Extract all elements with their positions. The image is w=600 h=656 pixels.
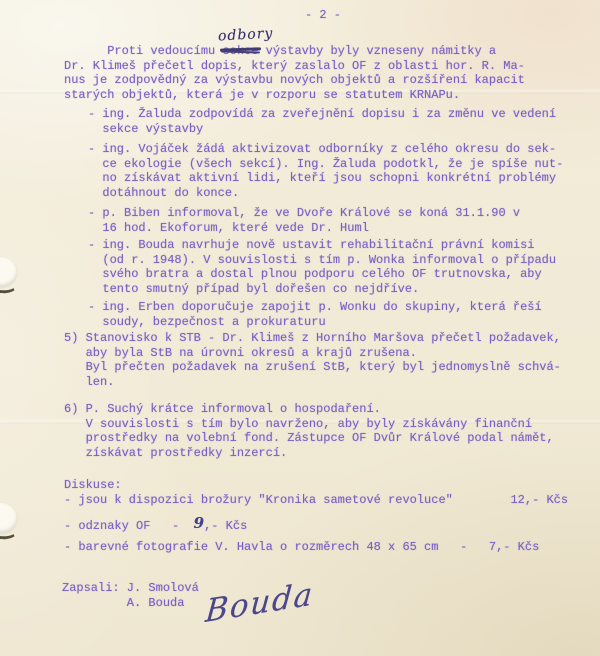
signature-handwriting: Bouda: [204, 576, 316, 630]
intro-paragraph: Proti vedoucímu sekce výstavby byly vzne…: [64, 44, 525, 102]
bullet-item-biben: - p. Biben informoval, že ve Dvoře Králo…: [88, 206, 520, 235]
discussion-item-badges: - odznaky OF - 9,- Kčs: [64, 517, 247, 532]
signoff-line: A. Bouda: [62, 596, 199, 611]
agenda-line: len.: [64, 375, 561, 390]
bullet-line: ce ekologie (všech sekcí). Ing. Žaluda p…: [88, 157, 563, 172]
bullet-line: svého bratra a dostal plnou podporu celé…: [88, 267, 556, 282]
bullet-line: sekce výstavby: [88, 122, 556, 137]
handwritten-price: 9: [194, 514, 204, 532]
signoff: Zapsali: J. Smolová A. Bouda: [62, 581, 199, 610]
discussion-heading: Diskuse:: [64, 478, 122, 493]
badges-text-pre: - odznaky OF -: [64, 519, 194, 533]
scanned-document-page: - 2 - odbory Proti vedoucímu sekce výsta…: [0, 0, 600, 656]
bullet-line: dotáhnout do konce.: [88, 186, 563, 201]
bullet-line: - ing. Žaluda zodpovídá za zveřejnění do…: [88, 107, 556, 122]
bullet-line: tento smutný případ byl dořešen co nejdř…: [88, 282, 556, 297]
bullet-line: soudy, bezpečnost a prokuraturu: [88, 315, 542, 330]
bullet-item-zaluda: - ing. Žaluda zodpovídá za zveřejnění do…: [88, 107, 556, 136]
bullet-line: no získávat aktivní lidi, kteří jsou sch…: [88, 171, 563, 186]
badges-text-post: ,- Kčs: [204, 519, 247, 533]
agenda-line: prostředky na volební fond. Zástupce OF …: [64, 431, 554, 446]
struck-word: sekce: [222, 44, 258, 59]
bullet-line: - ing. Vojáček žádá aktivizovat odborník…: [88, 142, 563, 157]
intro-line: Proti vedoucímu sekce výstavby byly vzne…: [64, 44, 525, 59]
agenda-line: 6) P. Suchý krátce informoval o hospodař…: [64, 402, 554, 417]
signoff-line: Zapsali: J. Smolová: [62, 581, 199, 596]
intro-line: Dr. Klimeš přečetl dopis, který zaslalo …: [64, 59, 525, 74]
agenda-line: aby byla StB na úrovni okresů a krajů zr…: [64, 346, 561, 361]
discussion-item-brochures: - jsou k dispozici brožury "Kronika same…: [64, 493, 568, 508]
bullet-line: - p. Biben informoval, že ve Dvoře Králo…: [88, 206, 520, 221]
page-number: - 2 -: [305, 8, 341, 23]
agenda-item-5: 5) Stanovisko k STB - Dr. Klimeš z Horní…: [64, 331, 561, 389]
intro-line: starých objektů, která je v rozporu se s…: [64, 88, 525, 103]
punch-hole: [0, 257, 17, 287]
bullet-line: 16 hod. Ekoforum, které vede Dr. Huml: [88, 221, 520, 236]
agenda-line: V souvislosti s tím bylo navrženo, aby b…: [64, 417, 554, 432]
bullet-item-bouda: - ing. Bouda navrhuje nově ustavit rehab…: [88, 238, 556, 296]
agenda-line: získávat prostředky inzercí.: [64, 446, 554, 461]
agenda-item-6: 6) P. Suchý krátce informoval o hospodař…: [64, 402, 554, 460]
bullet-line: (od r. 1948). V souvislosti s tím p. Won…: [88, 253, 556, 268]
agenda-line: Byl přečten požadavek na zrušení StB, kt…: [64, 360, 561, 375]
bullet-line: - ing. Erben doporučuje zapojit p. Wonku…: [88, 300, 542, 315]
agenda-line: 5) Stanovisko k STB - Dr. Klimeš z Horní…: [64, 331, 561, 346]
handwritten-correction: odbory: [218, 26, 274, 45]
discussion-item-photos: - barevné fotografie V. Havla o rozměrec…: [64, 540, 539, 555]
intro-line1-post: výstavby byly vzneseny námitky a: [258, 44, 496, 58]
bullet-item-erben: - ing. Erben doporučuje zapojit p. Wonku…: [88, 300, 542, 329]
intro-line1-pre: Proti vedoucímu: [64, 44, 222, 58]
bullet-line: - ing. Bouda navrhuje nově ustavit rehab…: [88, 238, 556, 253]
punch-hole: [0, 503, 17, 533]
bullet-item-vojacek: - ing. Vojáček žádá aktivizovat odborník…: [88, 142, 563, 200]
intro-line: nus je zodpovědný za výstavbu nových obj…: [64, 73, 525, 88]
